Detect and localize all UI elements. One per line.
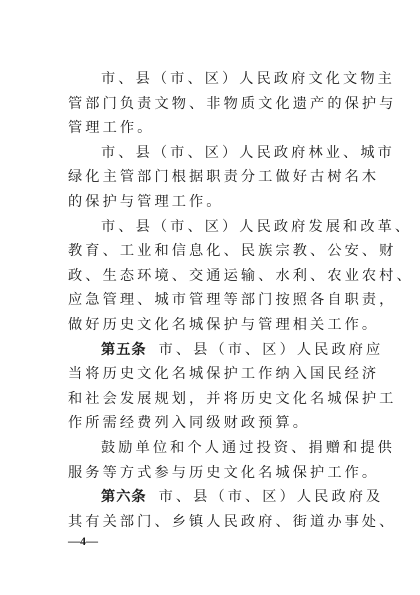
- text-line: 的保护与管理工作。: [68, 190, 358, 215]
- text-line: 市、县（市、区）人民政府文化文物主: [68, 67, 358, 92]
- text-span: 市、县（市、区）人民政府及: [159, 489, 384, 505]
- text-line: 市、县（市、区）人民政府林业、城市: [68, 141, 358, 166]
- text-line: 作所需经费列入同级财政预算。: [68, 411, 358, 436]
- text-line: 政、生态环境、交通运输、水利、农业农村、: [68, 264, 358, 289]
- text-line: 当将历史文化名城保护工作纳入国民经济: [68, 362, 358, 387]
- page-number: —4—: [68, 534, 98, 549]
- article-5-line: 第五条市、县（市、区）人民政府应: [68, 338, 358, 363]
- article-6-heading: 第六条: [101, 489, 147, 505]
- article-5-heading: 第五条: [101, 342, 147, 358]
- text-line: 应急管理、城市管理等部门按照各自职责，: [68, 288, 358, 313]
- article-6-line: 第六条市、县（市、区）人民政府及: [68, 485, 358, 510]
- text-line: 其有关部门、乡镇人民政府、街道办事处、: [68, 510, 358, 535]
- text-span: 市、县（市、区）人民政府应: [159, 342, 384, 358]
- text-line: 绿化主管部门根据职责分工做好古树名木: [68, 165, 358, 190]
- text-line: 和社会发展规划，并将历史文化名城保护工: [68, 387, 358, 412]
- text-line: 服务等方式参与历史文化名城保护工作。: [68, 461, 358, 486]
- document-body: 市、县（市、区）人民政府文化文物主 管部门负责文物、非物质文化遗产的保护与 管理…: [68, 67, 358, 534]
- text-line: 鼓励单位和个人通过投资、捐赠和提供: [68, 436, 358, 461]
- text-line: 市、县（市、区）人民政府发展和改革、: [68, 215, 358, 240]
- text-line: 做好历史文化名城保护与管理相关工作。: [68, 313, 358, 338]
- text-line: 管理工作。: [68, 116, 358, 141]
- text-line: 管部门负责文物、非物质文化遗产的保护与: [68, 92, 358, 117]
- text-line: 教育、工业和信息化、民族宗教、公安、财: [68, 239, 358, 264]
- document-page: 市、县（市、区）人民政府文化文物主 管部门负责文物、非物质文化遗产的保护与 管理…: [0, 0, 420, 595]
